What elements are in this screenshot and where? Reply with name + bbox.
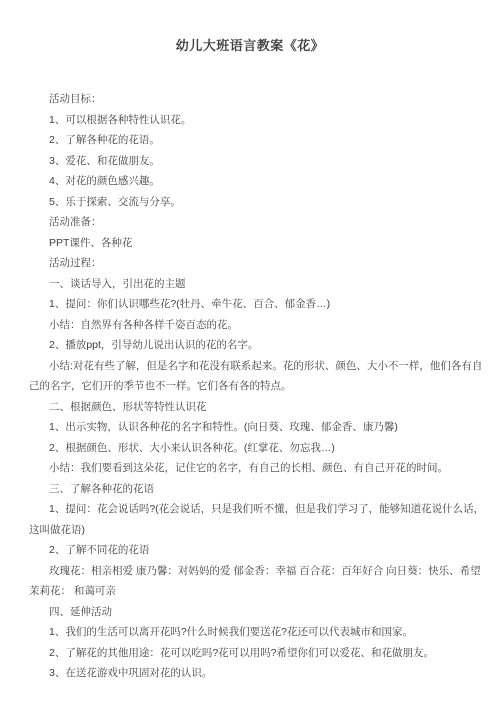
- goal-4: 4、对花的颜色感兴趣。: [29, 171, 471, 192]
- section-2-step-1-line-1: 1、出示实物，认识各种花的名字和特性。(向日葵、玫瑰、郁金香、康乃馨): [29, 417, 471, 438]
- activity-process-heading-line-1: 活动过程：: [29, 253, 471, 274]
- goal-3: 3、爱花、和花做朋友。: [29, 151, 471, 172]
- flower-meanings-line-1: 玫瑰花：相亲相爱 康乃馨：对妈妈的爱 郁金香：幸福 百合花：百年好合 向日葵：快…: [29, 561, 471, 582]
- section-1-heading-line-1: 一、谈话导入，引出花的主题: [29, 274, 471, 295]
- section-1-step-2-line-1: 2、播放ppt，引导幼儿说出认识的花的名字。: [29, 335, 471, 356]
- section-3-step-1-line-2: 这叫做花语): [29, 520, 471, 541]
- activity-goals-heading-line-1: 活动目标：: [29, 89, 471, 110]
- document-page: 幼儿大班语言教案《花》 活动目标：1、可以根据各种特性认识花。2、了解各种花的花…: [0, 0, 500, 707]
- preparation-items: PPT课件、各种花: [29, 233, 471, 254]
- section-3-heading-line-1: 三、了解各种花的花语: [29, 479, 471, 500]
- activity-preparation-heading-line-1: 活动准备：: [29, 212, 471, 233]
- goal-5-line-1: 5、乐于探索、交流与分享。: [29, 192, 471, 213]
- section-4-step-2: 2、了解花的其他用途：花可以吃吗?花可以用吗?希望你们可以爱花、和花做朋友。: [29, 643, 471, 664]
- section-1-heading: 一、谈话导入，引出花的主题: [29, 274, 471, 295]
- section-4-step-1: 1、我们的生活可以离开花吗?什么时候我们要送花?花还可以代表城市和国家。: [29, 622, 471, 643]
- section-3-step-2-line-1: 2、了解不同花的花语: [29, 540, 471, 561]
- section-2-step-1: 1、出示实物，认识各种花的名字和特性。(向日葵、玫瑰、郁金香、康乃馨): [29, 417, 471, 438]
- goal-5: 5、乐于探索、交流与分享。: [29, 192, 471, 213]
- goal-2-line-1: 2、了解各种花的花语。: [29, 130, 471, 151]
- goal-1: 1、可以根据各种特性认识花。: [29, 110, 471, 131]
- section-3-step-1-line-1: 1、提问：花会说话吗?(花会说话，只是我们听不懂，但是我们学习了，能够知道花说什…: [29, 499, 471, 520]
- document-title: 幼儿大班语言教案《花》: [0, 0, 500, 53]
- section-2-summary-line-1: 小结：我们要看到这朵花，记住它的名字，有自己的长相、颜色、有自己开花的时间。: [29, 458, 471, 479]
- section-4-heading: 四、延伸活动: [29, 602, 471, 623]
- section-4-step-1-line-1: 1、我们的生活可以离开花吗?什么时候我们要送花?花还可以代表城市和国家。: [29, 622, 471, 643]
- section-2-heading-line-1: 二、根据颜色、形状等特性认识花: [29, 397, 471, 418]
- section-4-heading-line-1: 四、延伸活动: [29, 602, 471, 623]
- section-2-step-2-line-1: 2、根据颜色、形状、大小来认识各种花。(红掌花、勿忘我…): [29, 438, 471, 459]
- section-4-step-2-line-1: 2、了解花的其他用途：花可以吃吗?花可以用吗?希望你们可以爱花、和花做朋友。: [29, 643, 471, 664]
- flower-meanings: 玫瑰花：相亲相爱 康乃馨：对妈妈的爱 郁金香：幸福 百合花：百年好合 向日葵：快…: [29, 561, 471, 602]
- section-4-step-3: 3、在送花游戏中巩固对花的认识。: [29, 663, 471, 684]
- goal-3-line-1: 3、爱花、和花做朋友。: [29, 151, 471, 172]
- goal-4-line-1: 4、对花的颜色感兴趣。: [29, 171, 471, 192]
- section-1-step-2: 2、播放ppt，引导幼儿说出认识的花的名字。: [29, 335, 471, 356]
- section-1-summary-2-line-2: 己的名字，它们开的季节也不一样。它们各有各的特点。: [29, 376, 471, 397]
- section-2-heading: 二、根据颜色、形状等特性认识花: [29, 397, 471, 418]
- document-body: 活动目标：1、可以根据各种特性认识花。2、了解各种花的花语。3、爱花、和花做朋友…: [0, 89, 500, 684]
- goal-1-line-1: 1、可以根据各种特性认识花。: [29, 110, 471, 131]
- activity-goals-heading: 活动目标：: [29, 89, 471, 110]
- section-1-step-1: 1、提问：你们认识哪些花?(牡丹、牵牛花、百合、郁金香…): [29, 294, 471, 315]
- section-1-summary-1: 小结：自然界有各种各样千姿百态的花。: [29, 315, 471, 336]
- activity-process-heading: 活动过程：: [29, 253, 471, 274]
- section-1-summary-1-line-1: 小结：自然界有各种各样千姿百态的花。: [29, 315, 471, 336]
- section-2-summary: 小结：我们要看到这朵花，记住它的名字，有自己的长相、颜色、有自己开花的时间。: [29, 458, 471, 479]
- section-1-summary-2-line-1: 小结:对花有些了解，但是名字和花没有联系起来。花的形状、颜色、大小不一样，他们各…: [29, 356, 471, 377]
- section-3-heading: 三、了解各种花的花语: [29, 479, 471, 500]
- activity-preparation-heading: 活动准备：: [29, 212, 471, 233]
- section-3-step-1: 1、提问：花会说话吗?(花会说话，只是我们听不懂，但是我们学习了，能够知道花说什…: [29, 499, 471, 540]
- section-1-summary-2: 小结:对花有些了解，但是名字和花没有联系起来。花的形状、颜色、大小不一样，他们各…: [29, 356, 471, 397]
- section-1-step-1-line-1: 1、提问：你们认识哪些花?(牡丹、牵牛花、百合、郁金香…): [29, 294, 471, 315]
- section-4-step-3-line-1: 3、在送花游戏中巩固对花的认识。: [29, 663, 471, 684]
- section-2-step-2: 2、根据颜色、形状、大小来认识各种花。(红掌花、勿忘我…): [29, 438, 471, 459]
- flower-meanings-line-2: 茉莉花： 和蔼可亲: [29, 581, 471, 602]
- section-3-step-2: 2、了解不同花的花语: [29, 540, 471, 561]
- goal-2: 2、了解各种花的花语。: [29, 130, 471, 151]
- preparation-items-line-1: PPT课件、各种花: [29, 233, 471, 254]
